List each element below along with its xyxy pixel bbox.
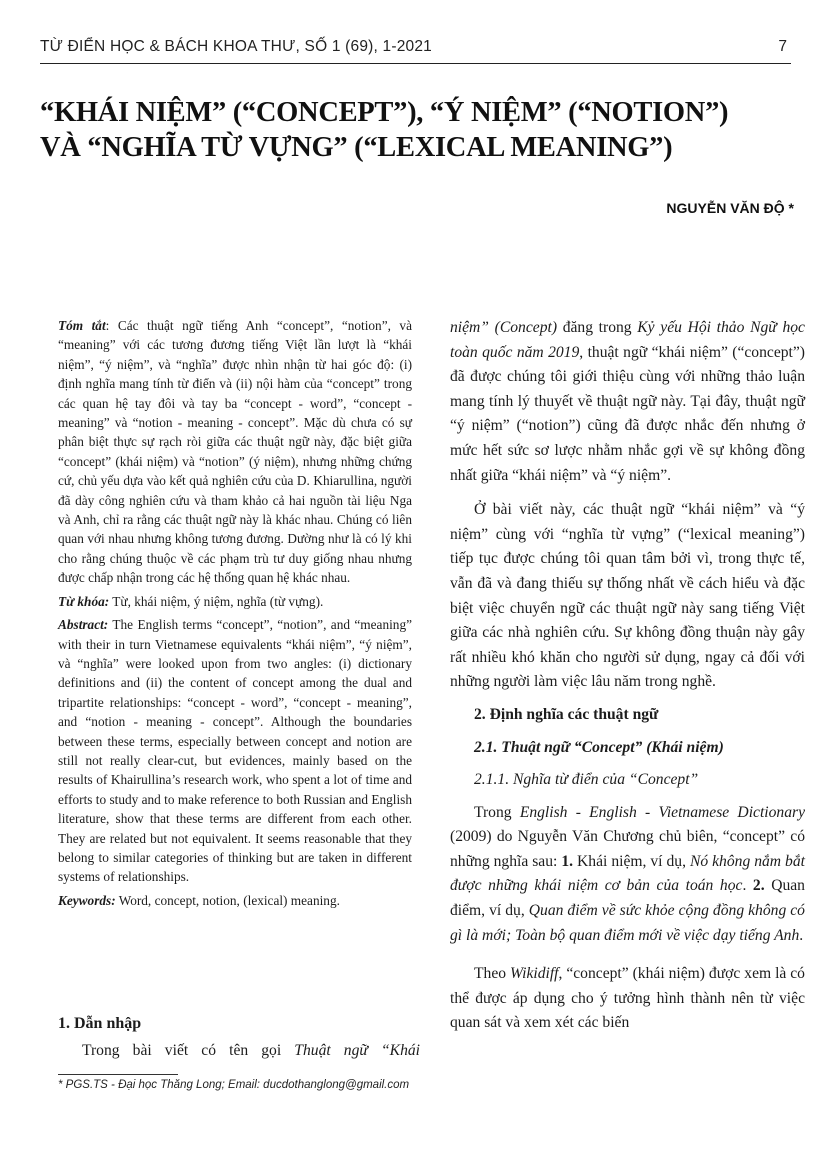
body-column-right: niệm” (Concept) đăng trong Kỷ yếu Hội th… (450, 316, 805, 1044)
article-title: “KHÁI NIỆM” (“CONCEPT”), “Ý NIỆM” (“NOTI… (40, 95, 800, 165)
abstract-vietnamese: Tóm tắt: Các thuật ngữ tiếng Anh “concep… (58, 316, 412, 588)
text: Khái niệm, ví dụ, (573, 853, 690, 870)
keywords-en-text: Word, concept, notion, (lexical) meaning… (116, 893, 340, 908)
title-line-1: “KHÁI NIỆM” (“CONCEPT”), “Ý NIỆM” (“NOTI… (40, 95, 800, 130)
text: Trong (474, 804, 520, 821)
text: . (742, 877, 752, 894)
abstract-en-label: Abstract: (58, 617, 108, 632)
keywords-vi-text: Từ, khái niệm, ý niệm, nghĩa (từ vựng). (109, 594, 323, 609)
title-line-2: VÀ “NGHĨA TỪ VỰNG” (“LEXICAL MEANING”) (40, 130, 800, 165)
subsection-heading-2-1: 2.1. Thuật ngữ “Concept” (Khái niệm) (450, 736, 805, 761)
abstract-en-text: The English terms “concept”, “notion”, a… (58, 617, 412, 884)
text: . (799, 927, 803, 944)
abstract-english: Abstract: The English terms “concept”, “… (58, 615, 412, 887)
text: đăng trong (557, 319, 637, 336)
footnote-divider (58, 1074, 178, 1075)
keywords-en-label: Keywords: (58, 893, 116, 908)
definition-number-2: 2. (753, 877, 765, 894)
running-header: TỪ ĐIỂN HỌC & BÁCH KHOA THƯ, SỐ 1 (69), … (40, 34, 791, 64)
keywords-english: Keywords: Word, concept, notion, (lexica… (58, 891, 412, 910)
body-paragraph-1: niệm” (Concept) đăng trong Kỷ yếu Hội th… (450, 316, 805, 488)
body-paragraph-2: Ở bài viết này, các thuật ngữ “khái niệm… (450, 498, 805, 695)
intro-text: Trong bài viết có tên gọi (82, 1042, 294, 1059)
dictionary-title: English - English - Vietnamese Dictionar… (520, 804, 805, 821)
cited-title: niệm” (Concept) (450, 319, 557, 336)
intro-paragraph: Trong bài viết có tên gọi Thuật ngữ “Khá… (58, 1039, 420, 1064)
abstract-column: Tóm tắt: Các thuật ngữ tiếng Anh “concep… (58, 316, 412, 914)
page-number: 7 (778, 38, 787, 56)
text: , thuật ngữ “khái niệm” (“concept”) đã đ… (450, 344, 805, 484)
section-heading-intro: 1. Dẫn nhập (58, 1012, 420, 1037)
keywords-vietnamese: Từ khóa: Từ, khái niệm, ý niệm, nghĩa (t… (58, 592, 412, 611)
keywords-vi-label: Từ khóa: (58, 594, 109, 609)
footnote: * PGS.TS - Đại học Thăng Long; Email: du… (58, 1079, 409, 1091)
abstract-vi-text: : Các thuật ngữ tiếng Anh “concept”, “no… (58, 318, 412, 585)
body-paragraph-4: Theo Wikidiff, “concept” (khái niệm) đượ… (450, 962, 805, 1036)
source-name: Wikidiff (510, 965, 559, 982)
author-name: NGUYỄN VĂN ĐỘ * (666, 200, 794, 216)
section-heading-2: 2. Định nghĩa các thuật ngữ (450, 703, 805, 728)
subsection-heading-2-1-1: 2.1.1. Nghĩa từ điển của “Concept” (450, 768, 805, 793)
introduction-section: 1. Dẫn nhập Trong bài viết có tên gọi Th… (58, 1012, 420, 1063)
intro-italic-title: Thuật ngữ “Khái (294, 1042, 420, 1059)
body-paragraph-3: Trong English - English - Vietnamese Dic… (450, 801, 805, 949)
abstract-vi-label: Tóm tắt (58, 318, 106, 333)
definition-number-1: 1. (561, 853, 573, 870)
journal-title: TỪ ĐIỂN HỌC & BÁCH KHOA THƯ, SỐ 1 (69), … (40, 38, 432, 56)
text: Theo (474, 965, 510, 982)
